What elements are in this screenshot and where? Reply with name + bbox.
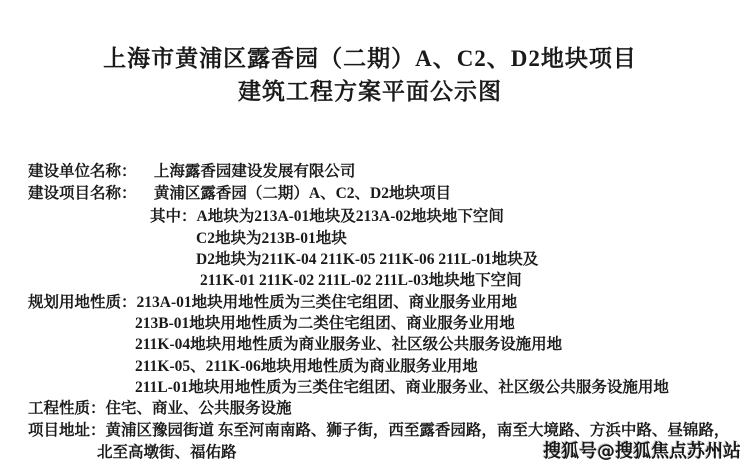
document-title-line-1: 上海市黄浦区露香园（二期）A、C2、D2地块项目 [0,46,740,72]
sohu-watermark: 搜狐号@搜狐焦点苏州站 [543,437,740,463]
field-engineering-label: 工程性质： [28,400,106,417]
notice-document-page: 上海市黄浦区露香园（二期）A、C2、D2地块项目 建筑工程方案平面公示图 建设单… [0,0,740,464]
field-builder: 建设单位名称： 上海露香园建设发展有限公司 [28,163,355,180]
field-project-detail-2: C2地块为213B-01地块 [196,230,347,247]
field-address-value-2: 北至高墩街、福佑路 [97,444,237,461]
field-engineering-value: 住宅、商业、公共服务设施 [106,400,292,417]
field-project: 建设项目名称： 黄浦区露香园（二期）A、C2、D2地块项目 [28,185,451,202]
field-project-detail-1: 其中：A地块为213A-01地块及213A-02地块地下空间 [150,208,504,225]
field-planning-label: 规划用地性质： [28,294,137,311]
field-planning-value-2: 213B-01地块用地性质为二类住宅组团、商业服务业用地 [135,315,515,332]
field-planning-value-3: 211K-04地块用地性质为商业服务业、社区级公共服务设施用地 [135,336,562,353]
field-engineering: 工程性质：住宅、商业、公共服务设施 [28,400,292,417]
field-planning-value-5: 211L-01地块用地性质为三类住宅组团、商业服务业、社区级公共服务设施用地 [135,379,669,396]
field-builder-label: 建设单位名称： [28,163,150,180]
field-planning-value-1: 213A-01地块用地性质为三类住宅组团、商业服务业用地 [137,294,518,311]
field-project-value: 黄浦区露香园（二期）A、C2、D2地块项目 [154,185,451,202]
field-builder-value: 上海露香园建设发展有限公司 [154,163,356,180]
document-title-line-2: 建筑工程方案平面公示图 [0,79,740,105]
field-project-label: 建设项目名称： [28,185,150,202]
field-project-detail-4: 211K-01 211K-02 211L-02 211L-03地块地下空间 [200,272,522,289]
field-planning: 规划用地性质：213A-01地块用地性质为三类住宅组团、商业服务业用地 [28,294,517,311]
field-planning-value-4: 211K-05、211K-06地块用地性质为商业服务业用地 [135,358,478,375]
field-address-label: 项目地址： [28,422,106,439]
field-project-detail-3: D2地块为211K-04 211K-05 211K-06 211L-01地块及 [196,251,538,268]
